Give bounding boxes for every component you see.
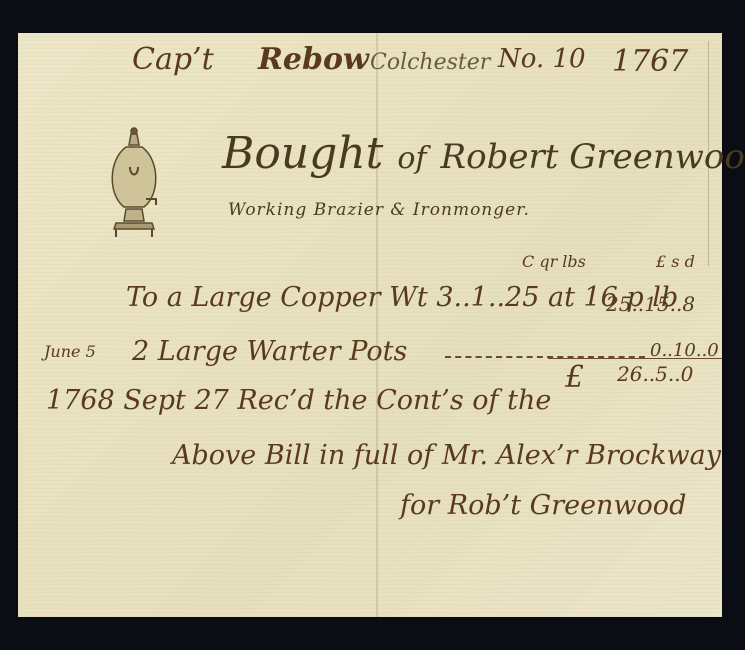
title-of: of (397, 141, 426, 176)
urn-engraving-icon (106, 125, 166, 245)
total-amount: 26..5..0 (617, 362, 693, 386)
receipt-line-3: for Rob’t Greenwood (400, 490, 686, 521)
header-reference: Cap’t (132, 42, 214, 77)
total-symbol: £ (565, 360, 584, 395)
trade-line: Working Brazier & Ironmonger. (228, 200, 530, 220)
line-item-2-description: 2 Large Warter Pots (132, 336, 407, 367)
line-item-2-date: June 5 (44, 342, 96, 361)
header-town: Colchester (370, 50, 490, 75)
header-date: No. 10 (498, 44, 586, 74)
header-year: 1767 (612, 44, 688, 79)
receipt-line-2: Above Bill in full of Mr. Alex’r Brockwa… (172, 440, 721, 471)
header-customer: Rebow (258, 42, 369, 77)
money-column-heading: £ s d (656, 252, 695, 271)
receipt-line-1: 1768 Sept 27 Rec’d the Cont’s of the (46, 385, 551, 416)
line-item-1-description: To a Large Copper Wt 3..1..25 at 16 p lb (126, 282, 678, 313)
engraved-title: Bought of Robert Greenwood, (222, 128, 745, 179)
line-item-1-amount: 25..15..8 (606, 292, 695, 316)
weight-column-heading: C qr lbs (522, 252, 586, 271)
title-merchant: Robert Greenwood, (441, 137, 745, 177)
title-bought: Bought (222, 128, 383, 179)
total-rule (548, 358, 722, 359)
receipt-paper (18, 33, 722, 617)
